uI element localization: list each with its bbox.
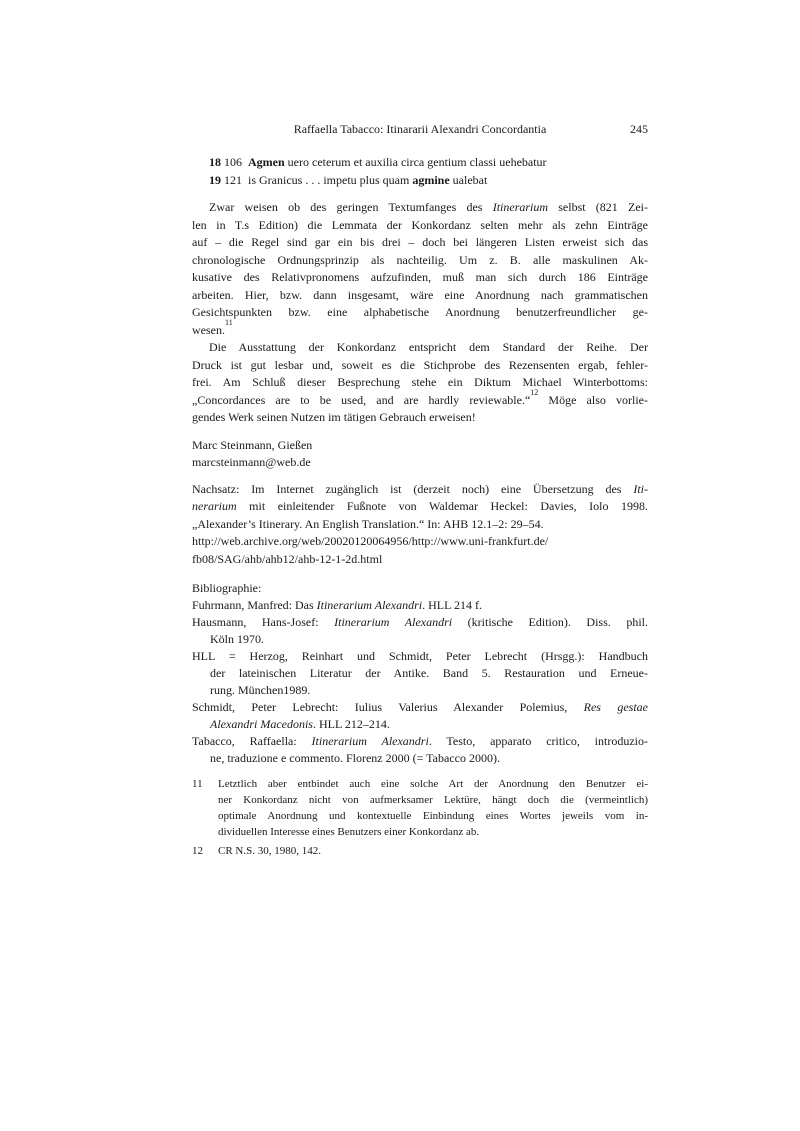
text-segment: kusative des Relativpronomens aufzufinde… bbox=[192, 270, 648, 284]
text-line: Zwar weisen ob des geringen Textumfanges… bbox=[192, 199, 648, 217]
text-line: der lateinischen Literatur der Antike. B… bbox=[192, 665, 648, 682]
text-line: auf – die Regel sind gar ein bis drei – … bbox=[192, 234, 648, 252]
text-segment: Itinerarium bbox=[493, 200, 548, 214]
text-segment: Möge also vorlie- bbox=[538, 393, 648, 407]
text-line: fb08/SAG/ahb/ahb12/ahb-12-1-2d.html bbox=[192, 551, 648, 569]
text-line: Gesichtspunkten bzw. eine alphabetische … bbox=[192, 304, 648, 322]
text-line: 18 106 Agmen uero ceterum et auxilia cir… bbox=[209, 154, 648, 172]
footnote-12: 12 CR N.S. 30, 1980, 142. bbox=[192, 843, 648, 859]
text-line: kusative des Relativpronomens aufzufinde… bbox=[192, 269, 648, 287]
text-segment: Itinerarium Alexandri bbox=[312, 734, 429, 748]
text-line: Schmidt, Peter Lebrecht: Iulius Valerius… bbox=[192, 699, 648, 716]
text-line: Köln 1970. bbox=[192, 631, 648, 648]
text-segment: optimale Anordnung und kontextuelle Einb… bbox=[218, 810, 648, 822]
text-segment: nerarium bbox=[192, 499, 237, 513]
text-segment: dividuellen Interesse eines Benutzers ei… bbox=[218, 826, 479, 838]
text-segment: selbst (821 Zei- bbox=[548, 200, 648, 214]
text-segment: 121 is Granicus . . . impetu plus quam bbox=[221, 173, 412, 187]
text-segment: wesen. bbox=[192, 323, 225, 337]
text-segment: Die Ausstattung der Konkordanz entsprich… bbox=[209, 340, 648, 354]
page-number: 245 bbox=[630, 121, 648, 139]
text-line: dividuellen Interesse eines Benutzers ei… bbox=[218, 824, 648, 840]
text-segment: mit einleitender Fußnote von Waldemar He… bbox=[237, 499, 648, 513]
text-segment: CR N.S. 30, 1980, 142. bbox=[218, 845, 321, 857]
footnote-marker: 12 bbox=[530, 388, 538, 397]
footnote-text: Letztlich aber entbindet auch eine solch… bbox=[218, 776, 648, 840]
review-body: Zwar weisen ob des geringen Textumfanges… bbox=[192, 199, 648, 427]
footnote-text: CR N.S. 30, 1980, 142. bbox=[218, 843, 648, 859]
text-line: HLL = Herzog, Reinhart und Schmidt, Pete… bbox=[192, 648, 648, 665]
concordance-excerpt: 18 106 Agmen uero ceterum et auxilia cir… bbox=[192, 154, 648, 189]
text-line: Marc Steinmann, Gießen bbox=[192, 437, 648, 455]
nachsatz-paragraph: Nachsatz: Im Internet zugänglich ist (de… bbox=[192, 481, 648, 569]
text-line: frei. Am Schluß dieser Besprechung stehe… bbox=[192, 374, 648, 392]
text-line: wesen.11 bbox=[192, 322, 648, 340]
text-line: Hausmann, Hans-Josef: Itinerarium Alexan… bbox=[192, 614, 648, 631]
paragraph-textumfang: Zwar weisen ob des geringen Textumfanges… bbox=[192, 199, 648, 339]
text-segment: 19 bbox=[209, 173, 221, 187]
document-page: Raffaella Tabacco: Itinararii Alexandri … bbox=[0, 0, 800, 1131]
text-segment: Iti- bbox=[633, 482, 648, 496]
bibliography: Bibliographie:Fuhrmann, Manfred: Das Iti… bbox=[192, 580, 648, 767]
text-segment: Nachsatz: Im Internet zugänglich ist (de… bbox=[192, 482, 633, 496]
text-segment: „Concordances are to be used, and are ha… bbox=[192, 393, 530, 407]
text-segment: uero ceterum et auxilia circa gentium cl… bbox=[285, 155, 547, 169]
text-segment: ner Konkordanz nicht von aufmerksamer Le… bbox=[218, 794, 648, 806]
text-segment: marcsteinmann@web.de bbox=[192, 455, 311, 469]
text-line: Fuhrmann, Manfred: Das Itinerarium Alexa… bbox=[192, 597, 648, 614]
text-line: gendes Werk seinen Nutzen im tätigen Geb… bbox=[192, 409, 648, 427]
running-header: Raffaella Tabacco: Itinararii Alexandri … bbox=[192, 121, 648, 139]
text-segment: Zwar weisen ob des geringen Textumfanges… bbox=[209, 200, 493, 214]
text-segment: Letztlich aber entbindet auch eine solch… bbox=[218, 778, 648, 790]
text-segment: . Testo, apparato critico, introduzio- bbox=[429, 734, 648, 748]
text-line: 19 121 is Granicus . . . impetu plus qua… bbox=[209, 172, 648, 190]
text-segment: (kritische Edition). Diss. phil. bbox=[452, 615, 648, 629]
text-line: optimale Anordnung und kontextuelle Einb… bbox=[218, 808, 648, 824]
text-segment: Köln 1970. bbox=[210, 632, 264, 646]
text-segment: 106 bbox=[221, 155, 248, 169]
text-line: nerarium mit einleitender Fußnote von Wa… bbox=[192, 498, 648, 516]
text-line: marcsteinmann@web.de bbox=[192, 454, 648, 472]
text-line: CR N.S. 30, 1980, 142. bbox=[218, 843, 648, 859]
text-line: Druck ist gut lesbar und, soweit es die … bbox=[192, 357, 648, 375]
footnotes: 11 Letztlich aber entbindet auch eine so… bbox=[192, 776, 648, 859]
text-segment: Alexandri Macedonis bbox=[210, 717, 313, 731]
text-line: Bibliographie: bbox=[192, 580, 648, 597]
text-line: „Alexander’s Itinerary. An English Trans… bbox=[192, 516, 648, 534]
text-segment: Itinerarium Alexandri bbox=[317, 598, 422, 612]
text-segment: auf – die Regel sind gar ein bis drei – … bbox=[192, 235, 648, 249]
text-segment: 18 bbox=[209, 155, 221, 169]
text-line: „Concordances are to be used, and are ha… bbox=[192, 392, 648, 410]
text-segment: arbeiten. Hier, bzw. dann insgesamt, wär… bbox=[192, 288, 648, 302]
text-segment: Hausmann, Hans-Josef: bbox=[192, 615, 334, 629]
text-segment: ualebat bbox=[450, 173, 488, 187]
text-segment: HLL = Herzog, Reinhart und Schmidt, Pete… bbox=[192, 649, 648, 663]
text-line: ne, traduzione e commento. Florenz 2000 … bbox=[192, 750, 648, 767]
text-block: Raffaella Tabacco: Itinararii Alexandri … bbox=[192, 121, 648, 859]
text-segment: Itinerarium Alexandri bbox=[334, 615, 452, 629]
text-line: ner Konkordanz nicht von aufmerksamer Le… bbox=[218, 792, 648, 808]
text-segment: chronologische Ordnungsprinzip als nacht… bbox=[192, 253, 648, 267]
text-segment: Res gestae bbox=[584, 700, 648, 714]
text-segment: „Alexander’s Itinerary. An English Trans… bbox=[192, 517, 544, 531]
text-segment: http://web.archive.org/web/2002012006495… bbox=[192, 534, 548, 548]
text-segment: . HLL 212–214. bbox=[313, 717, 390, 731]
text-line: Tabacco, Raffaella: Itinerarium Alexandr… bbox=[192, 733, 648, 750]
text-line: Nachsatz: Im Internet zugänglich ist (de… bbox=[192, 481, 648, 499]
text-segment: Agmen bbox=[248, 155, 285, 169]
text-segment: Schmidt, Peter Lebrecht: Iulius Valerius… bbox=[192, 700, 584, 714]
text-segment: Tabacco, Raffaella: bbox=[192, 734, 312, 748]
text-segment: Bibliographie: bbox=[192, 581, 261, 595]
text-segment: Druck ist gut lesbar und, soweit es die … bbox=[192, 358, 648, 372]
text-segment: ne, traduzione e commento. Florenz 2000 … bbox=[210, 751, 500, 765]
author-signature: Marc Steinmann, Gießenmarcsteinmann@web.… bbox=[192, 437, 648, 472]
text-line: len in T.s Edition) die Lemmata der Konk… bbox=[192, 217, 648, 235]
text-segment: Marc Steinmann, Gießen bbox=[192, 438, 312, 452]
footnote-number: 12 bbox=[192, 843, 218, 859]
running-title: Raffaella Tabacco: Itinararii Alexandri … bbox=[192, 121, 648, 139]
footnote-marker: 11 bbox=[225, 318, 233, 327]
footnote-11: 11 Letztlich aber entbindet auch eine so… bbox=[192, 776, 648, 840]
text-segment: Fuhrmann, Manfred: Das bbox=[192, 598, 317, 612]
text-line: arbeiten. Hier, bzw. dann insgesamt, wär… bbox=[192, 287, 648, 305]
text-line: rung. München1989. bbox=[192, 682, 648, 699]
text-segment: frei. Am Schluß dieser Besprechung stehe… bbox=[192, 375, 648, 389]
text-segment: der lateinischen Literatur der Antike. B… bbox=[210, 666, 648, 680]
paragraph-ausstattung: Die Ausstattung der Konkordanz entsprich… bbox=[192, 339, 648, 427]
text-segment: agmine bbox=[412, 173, 449, 187]
text-line: Die Ausstattung der Konkordanz entsprich… bbox=[192, 339, 648, 357]
text-line: chronologische Ordnungsprinzip als nacht… bbox=[192, 252, 648, 270]
text-segment: Gesichtspunkten bzw. eine alphabetische … bbox=[192, 305, 648, 319]
text-segment: rung. München1989. bbox=[210, 683, 310, 697]
text-segment: gendes Werk seinen Nutzen im tätigen Geb… bbox=[192, 410, 476, 424]
text-segment: fb08/SAG/ahb/ahb12/ahb-12-1-2d.html bbox=[192, 552, 382, 566]
text-line: http://web.archive.org/web/2002012006495… bbox=[192, 533, 648, 551]
text-segment: len in T.s Edition) die Lemmata der Konk… bbox=[192, 218, 648, 232]
footnote-number: 11 bbox=[192, 776, 218, 840]
text-line: Alexandri Macedonis. HLL 212–214. bbox=[192, 716, 648, 733]
text-line: Letztlich aber entbindet auch eine solch… bbox=[218, 776, 648, 792]
text-segment: . HLL 214 f. bbox=[422, 598, 482, 612]
